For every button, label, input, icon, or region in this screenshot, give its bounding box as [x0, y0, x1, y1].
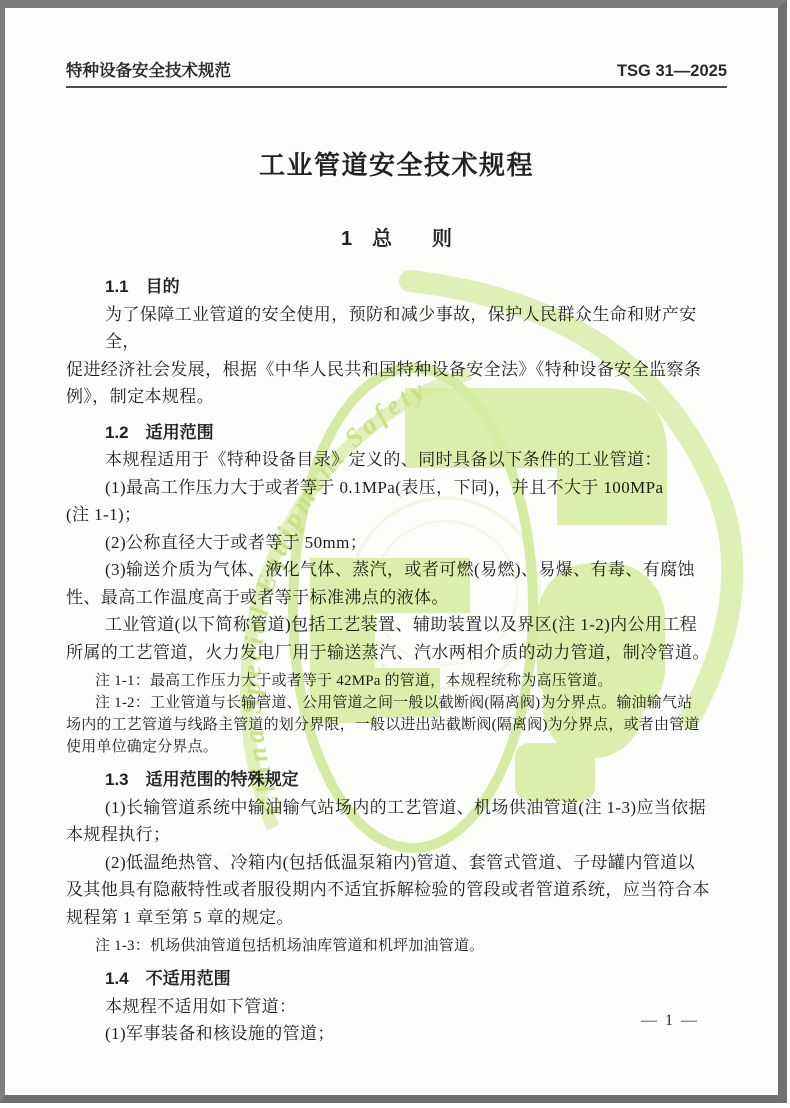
document-page: 特种设备安全技术规范 TSG 31—2025 工业管道安全技术规程 1 总 则 … [0, 0, 787, 1103]
section-heading-1-3: 1.3 适用范围的特殊规定 [66, 766, 727, 794]
note-1-3: 注 1-3：机场供油管道包括机场油库管道和机坪加油管道。 [66, 935, 727, 957]
notes-1-1-1-2: 注 1-1：最高工作压力大于或者等于 42MPa 的管道，本规程统称为高压管道。… [66, 670, 727, 758]
page-content-area: 特种设备安全技术规范 TSG 31—2025 工业管道安全技术规程 1 总 则 … [66, 8, 727, 1048]
body-line: 为了保障工业管道的安全使用，预防和减少事故，保护人民群众生命和财产安全， [66, 301, 727, 356]
body-line: 及其他具有隐蔽特性或者服役期内不适宜拆解检验的管段或者管道系统，应当符合本 [66, 876, 727, 904]
page-header: 特种设备安全技术规范 TSG 31—2025 [66, 57, 727, 88]
body-line: (3)输送介质为气体、液化气体、蒸汽，或者可燃(易燃)、易爆、有毒、有腐蚀 [66, 556, 727, 584]
body-line: 本规程适用于《特种设备目录》定义的、同时具备以下条件的工业管道： [66, 446, 727, 474]
body-line: (注 1-1)； [66, 501, 727, 529]
note-line: 注 1-2：工业管道与长输管道、公用管道之间一般以截断阀(隔离阀)为分界点。输油… [66, 692, 727, 714]
note-line: 使用单位确定分界点。 [66, 736, 727, 758]
body-line: (2)低温绝热管、冷箱内(包括低温泵箱内)管道、套管式管道、子母罐内管道以 [66, 849, 727, 877]
body-line: 例》，制定本规程。 [66, 383, 727, 411]
header-document-code: TSG 31—2025 [617, 62, 727, 81]
note-line: 注 1-1：最高工作压力大于或者等于 42MPa 的管道，本规程统称为高压管道。 [66, 670, 727, 692]
section-heading-1-2: 1.2 适用范围 [66, 419, 727, 447]
document-body: 1.1 目的 为了保障工业管道的安全使用，预防和减少事故，保护人民群众生命和财产… [66, 273, 727, 1048]
body-line: (2)公称直径大于或者等于 50mm； [66, 529, 727, 557]
document-title: 工业管道安全技术规程 [66, 145, 727, 182]
header-standard-name: 特种设备安全技术规范 [66, 57, 231, 81]
body-line: (1)最高工作压力大于或者等于 0.1MPa(表压，下同)，并且不大于 100M… [66, 474, 727, 502]
note-line: 注 1-3：机场供油管道包括机场油库管道和机坪加油管道。 [66, 935, 727, 957]
body-line: 所属的工艺管道，火力发电厂用于输送蒸汽、汽水两相介质的动力管道，制冷管道。 [66, 639, 727, 667]
scanned-document-page: { "page": { "header": { "left": "特种设备安全技… [0, 0, 790, 1108]
body-line: (1)长输管道系统中输油输气站场内的工艺管道、机场供油管道(注 1-3)应当依据 [66, 794, 727, 822]
chapter-1-heading: 1 总 则 [66, 222, 727, 251]
section-heading-1-4: 1.4 不适用范围 [66, 965, 727, 993]
body-line: 性、最高工作温度高于或者等于标准沸点的液体。 [66, 584, 727, 612]
section-heading-1-1: 1.1 目的 [66, 273, 727, 301]
body-line: 本规程执行； [66, 821, 727, 849]
page-number: — 1 — [610, 1012, 730, 1030]
body-line: 工业管道(以下简称管道)包括工艺装置、辅助装置以及界区(注 1-2)内公用工程 [66, 611, 727, 639]
body-line: 促进经济社会发展，根据《中华人民共和国特种设备安全法》《特种设备安全监察条 [66, 356, 727, 384]
note-line: 场内的工艺管道与线路主管道的划分界限，一般以进出站截断阀(隔离阀)为分界点，或者… [66, 714, 727, 736]
body-line: 规程第 1 章至第 5 章的规定。 [66, 904, 727, 932]
